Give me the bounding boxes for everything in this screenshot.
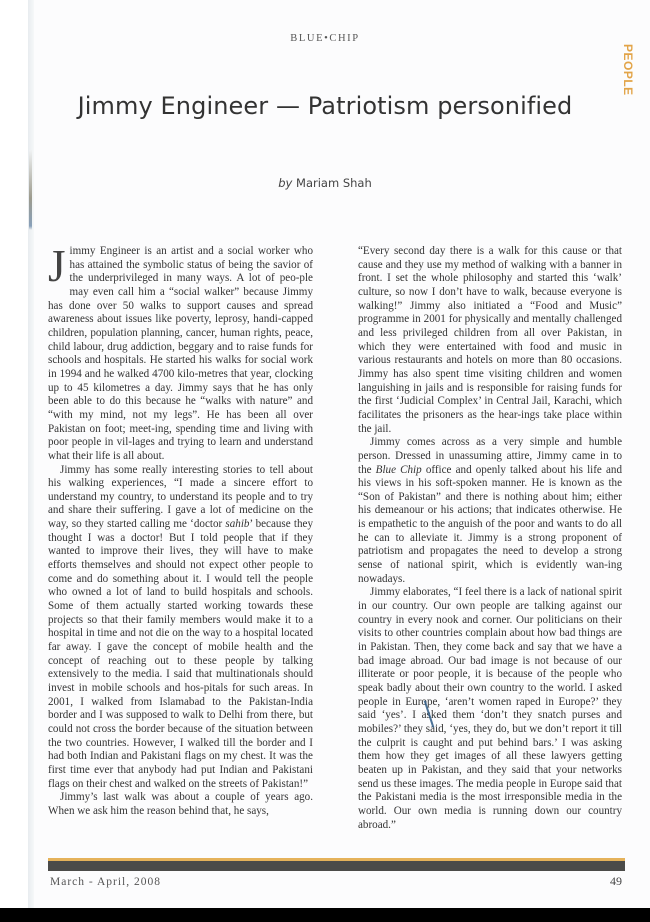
paragraph: Jimmy has some really interesting storie… — [48, 464, 313, 792]
paragraph: Jimmy comes across as a very simple and … — [358, 436, 622, 586]
article-column-left: Jimmy Engineer is an artist and a social… — [48, 245, 313, 819]
article-title: Jimmy Engineer — Patriotism personified — [0, 92, 650, 120]
author-name: Mariam Shah — [296, 176, 372, 190]
magazine-name: BLUE•CHIP — [0, 33, 650, 44]
footer-bar — [48, 858, 625, 871]
paragraph: Jimmy elaborates, “I feel there is a lac… — [358, 586, 622, 832]
section-label: PEOPLE — [621, 44, 635, 96]
paragraph: Jimmy’s last walk was about a couple of … — [48, 791, 313, 818]
byline: by Mariam Shah — [0, 176, 650, 190]
italic-term: sahib — [225, 518, 249, 530]
page-number: 49 — [610, 874, 622, 889]
article-column-right: “Every second day there is a walk for th… — [358, 245, 622, 832]
issue-date: March - April, 2008 — [50, 876, 161, 888]
scan-border — [0, 908, 650, 922]
paragraph: Jimmy Engineer is an artist and a social… — [48, 245, 313, 464]
paragraph: “Every second day there is a walk for th… — [358, 245, 622, 436]
footer-band — [48, 861, 625, 871]
spine-shadow — [29, 150, 32, 230]
paragraph-text: office and openly talked about his life … — [358, 464, 622, 585]
page-spine — [28, 0, 34, 908]
paragraph-text: immy Engineer is an artist and a social … — [48, 245, 313, 462]
drop-cap: J — [48, 246, 66, 286]
paragraph-text: ’ because they thought I was a doctor! B… — [48, 518, 313, 789]
byline-prefix: by — [278, 176, 292, 190]
italic-publication-name: Blue Chip — [376, 464, 422, 476]
